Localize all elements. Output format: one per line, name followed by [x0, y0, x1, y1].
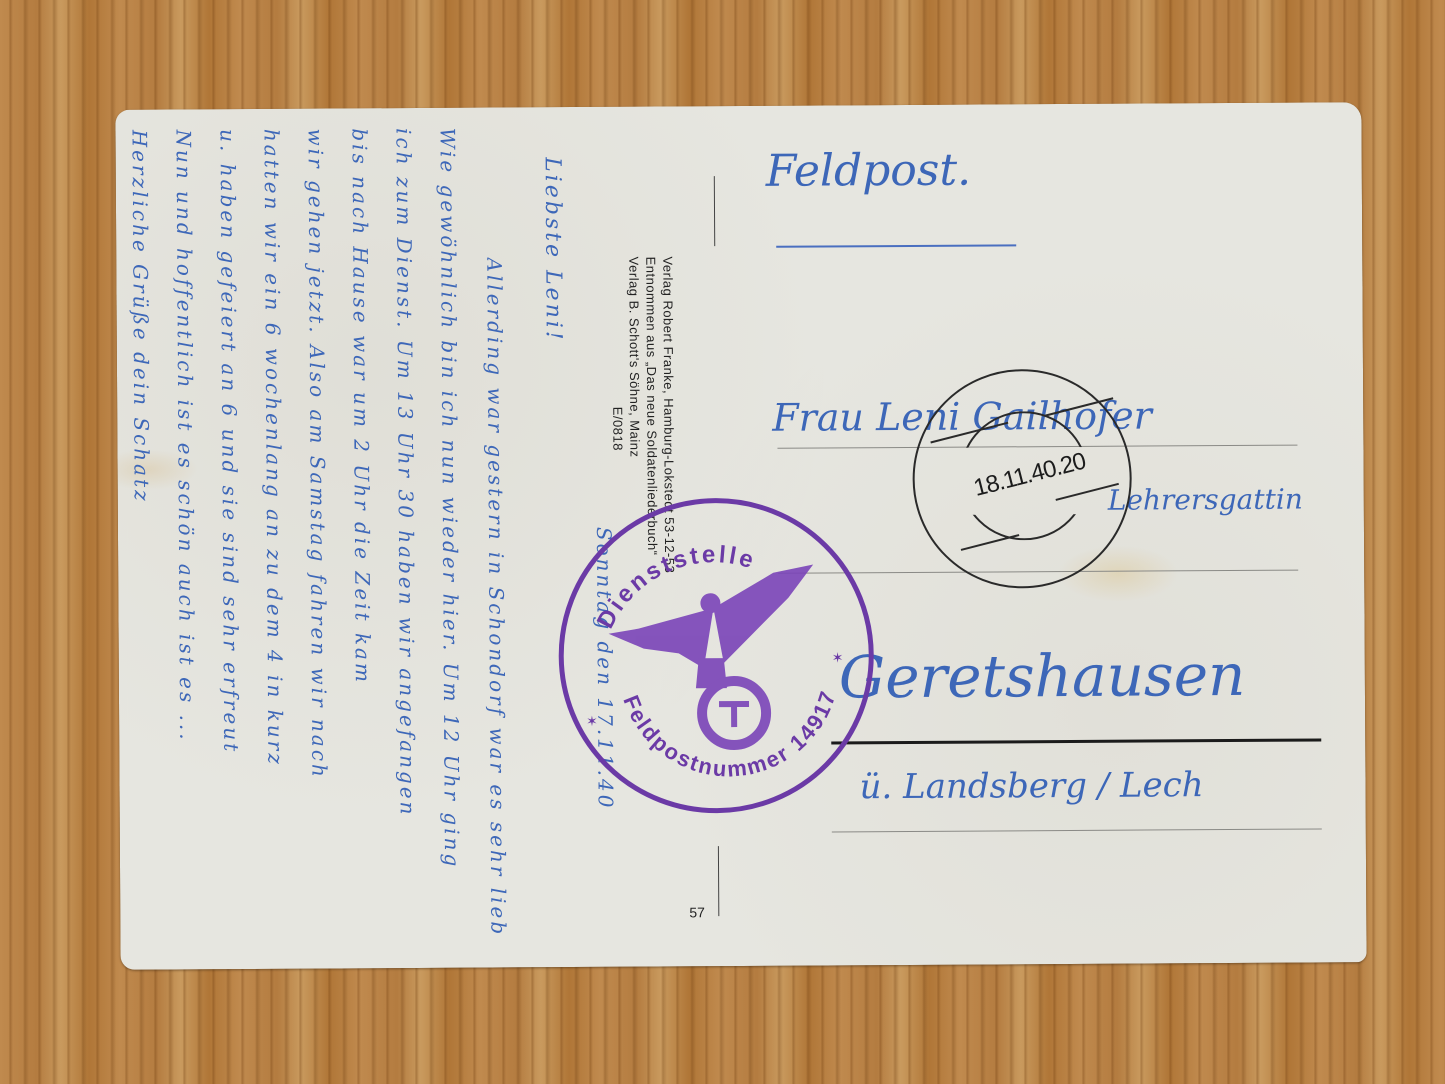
message-line: u. haben gefeiert an 6 und sie sind sehr…	[212, 129, 249, 949]
divider-line	[718, 846, 719, 916]
message-line: Allerding war gestern in Schondorf war e…	[478, 257, 515, 1077]
feldpost-mark: Feldpost.	[766, 145, 972, 197]
address-line	[832, 828, 1322, 832]
postmark-bar	[961, 534, 1020, 551]
postmark: 18.11.40.20	[912, 369, 1132, 589]
svg-text:✶: ✶	[586, 713, 598, 729]
recipient-title: Lehrersgattin	[1108, 483, 1303, 517]
unit-stamp: Dienststelle Feldpostnummer 14917 ✶ ✶	[558, 497, 875, 814]
message-greeting: Liebste Leni!	[536, 157, 570, 457]
postmark-date: 18.11.40.20	[934, 438, 1125, 512]
page-number: 57	[689, 904, 705, 920]
recipient-region: ü. Landsberg / Lech	[859, 765, 1203, 807]
message-line: hatten wir ein 6 wochenlang an zu dem 4 …	[256, 129, 293, 949]
city-underline	[831, 738, 1321, 744]
message-line: Nun und hoffentlich ist es schön auch is…	[168, 129, 205, 949]
message-line: Wie gewöhnlich bin ich nun wieder hier. …	[432, 128, 469, 948]
postcard: Herzliche Grüße dein Schatz Nun und hoff…	[115, 102, 1366, 970]
postmark-bar	[1056, 483, 1119, 501]
message-line: bis nach Hause war um 2 Uhr die Zeit kam	[344, 128, 381, 948]
message-line: wir gehen jetzt. Also am Samstag fahren …	[300, 128, 337, 948]
svg-text:✶: ✶	[832, 649, 844, 665]
feldpost-underline	[776, 244, 1016, 247]
eagle-emblem-icon	[598, 552, 829, 753]
recipient-city: Geretshausen	[839, 641, 1246, 711]
message-line: ich zum Dienst. Um 13 Uhr 30 haben wir a…	[388, 128, 425, 948]
postmark-bar	[1045, 397, 1113, 416]
divider-line	[714, 176, 715, 246]
message-line: Herzliche Grüße dein Schatz	[124, 130, 161, 950]
